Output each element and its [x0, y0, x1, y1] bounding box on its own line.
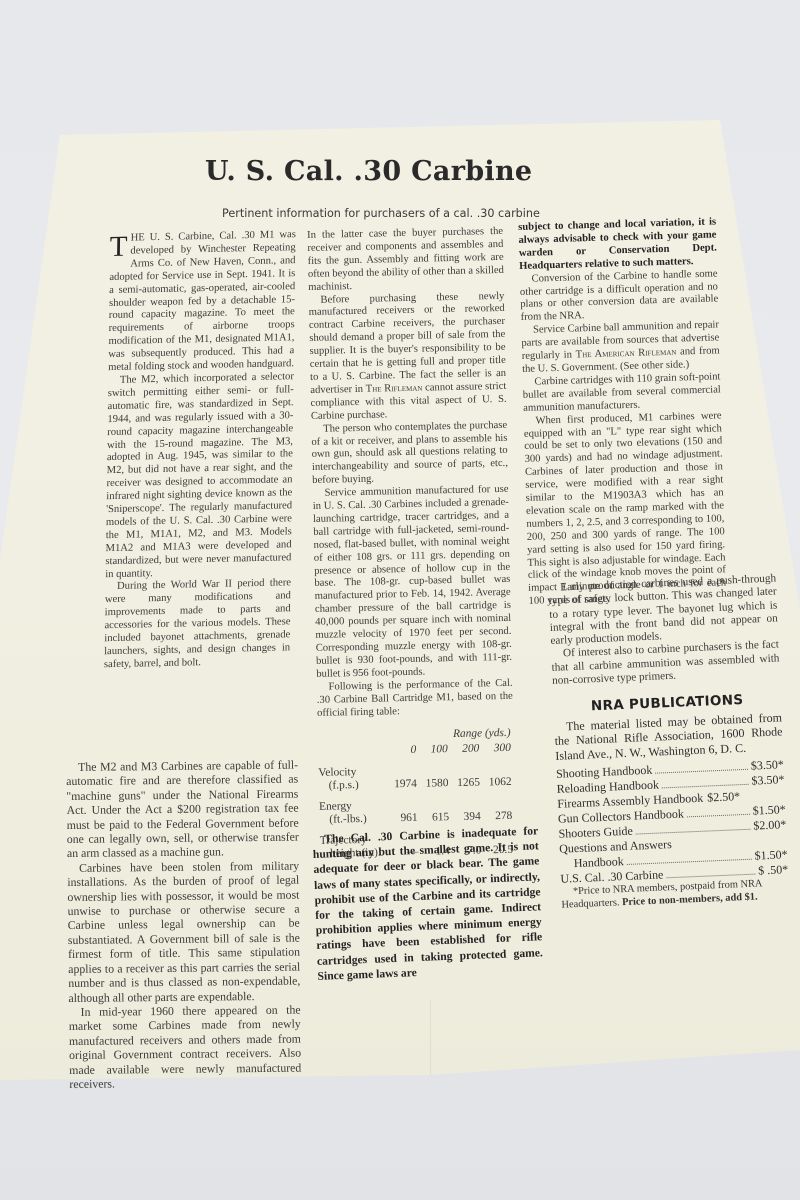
column-1-lower: The M2 and M3 Carbines are capable of fu…: [66, 758, 301, 1092]
column-1: THE U. S. Carbine, Cal. .30 M1 was devel…: [104, 229, 296, 672]
range-300: 300: [482, 741, 514, 757]
table-row: Velocity(f.p.s.) 1974 1580 1265 1062: [318, 756, 515, 794]
column-2: In the latter case the buyer purchases t…: [307, 226, 516, 872]
paragraph-nfa: The M2 and M3 Carbines are capable of fu…: [66, 758, 299, 861]
paragraph-ammunition: Service ammunition manufactured for use …: [312, 484, 512, 682]
publication-list: Shooting Handbook$3.50* Reloading Handbo…: [556, 758, 789, 887]
column-2-hunting-notice: The Cal. .30 Carbine is inadequate for h…: [312, 823, 544, 984]
publication-name: The Rifleman: [366, 382, 423, 394]
paragraph-1960: In mid-year 1960 there appeared on the m…: [69, 1002, 302, 1091]
range-100: 100: [419, 742, 451, 758]
paragraph-performance-intro: Following is the performance of the Cal.…: [316, 678, 513, 721]
paragraph-primers: Of interest also to carbine purchasers i…: [551, 639, 780, 688]
nra-publications-intro: The material listed may be obtained from…: [554, 710, 784, 763]
paragraph-intro: THE U. S. Carbine, Cal. .30 M1 was devel…: [108, 229, 296, 375]
paragraph-latter-case: In the latter case the buyer purchases t…: [307, 226, 504, 295]
document-subtitle: Pertinent information for purchasers of …: [222, 207, 622, 220]
paragraph-stolen: Carbines have been stolen from military …: [67, 858, 300, 1004]
document-title: U. S. Cal. .30 Carbine: [205, 156, 585, 187]
publication-name: The American Rifleman: [576, 347, 677, 361]
paragraph-wwii: During the World War II period there wer…: [104, 578, 291, 672]
range-0: 0: [388, 743, 420, 759]
paragraph-kit: The person who contemplates the purchase…: [311, 419, 508, 488]
paragraph-bill-of-sale: Before purchasing these newly manufactur…: [308, 290, 507, 423]
column-3-lower: Early production carbines used a push-th…: [548, 572, 790, 912]
paper-fold-line: [430, 1000, 431, 1075]
paragraph-m2-m3: The M2, which incorporated a selector sw…: [105, 371, 294, 582]
paragraph-parts: Service Carbine ball ammunition and repa…: [521, 320, 720, 377]
drop-cap: T: [110, 235, 128, 259]
paragraph-conversion: Conversion of the Carbine to handle some…: [519, 268, 718, 325]
range-200: 200: [451, 742, 483, 758]
paragraph-game-laws-cont: subject to change and local variation, i…: [518, 216, 717, 273]
paragraph-hunting: The Cal. .30 Carbine is inadequate for h…: [312, 823, 544, 984]
column-3: subject to change and local variation, i…: [518, 216, 727, 609]
table-row: Energy(ft.-lbs.) 961 615 394 278: [319, 790, 516, 828]
paragraph-safety: Early production carbines used a push-th…: [548, 572, 779, 648]
paragraph-softpoint: Carbine cartridges with 110 grain soft-p…: [522, 371, 721, 415]
